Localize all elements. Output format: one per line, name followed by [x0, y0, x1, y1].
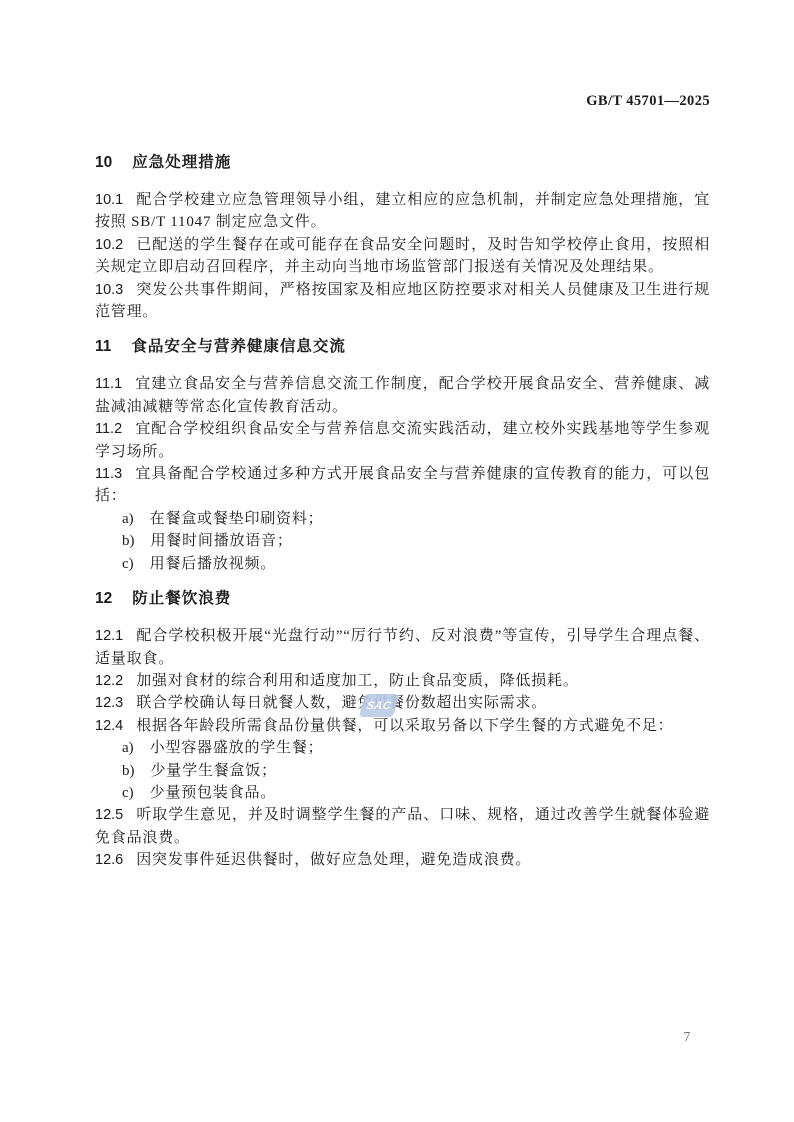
- item-text: 少量预包装食品。: [150, 785, 276, 801]
- clause-number: 12.6: [95, 852, 123, 868]
- clause-text: 宜具备配合学校通过多种方式开展食品安全与营养健康的宣传教育的能力，可以包括：: [95, 466, 710, 504]
- item-label: a): [122, 511, 134, 527]
- item-text: 少量学生餐盒饭；: [151, 763, 277, 779]
- item-label: b): [122, 533, 135, 549]
- clause-text: 已配送的学生餐存在或可能存在食品安全问题时，及时告知学校停止食用，按照相关规定立…: [95, 237, 710, 275]
- section-number: 10: [95, 154, 112, 171]
- clause-text: 突发公共事件期间，严格按国家及相应地区防控要求对相关人员健康及卫生进行规范管理。: [95, 282, 710, 320]
- section-number: 12: [95, 590, 112, 607]
- list-item: a)小型容器盛放的学生餐；: [95, 737, 710, 759]
- list-item: c)用餐后播放视频。: [95, 553, 710, 575]
- document-body: 10应急处理措施10.1配合学校建立应急管理领导小组，建立相应的应急机制，并制定…: [95, 153, 710, 872]
- clause-text: 根据各年龄段所需食品份量供餐，可以采取另备以下学生餐的方式避免不足：: [136, 718, 673, 734]
- list-item: a)在餐盒或餐垫印刷资料；: [95, 508, 710, 530]
- clause-number: 12.4: [95, 718, 123, 734]
- clause-text: 听取学生意见，并及时调整学生餐的产品、口味、规格，通过改善学生就餐体验避免食品浪…: [95, 807, 710, 845]
- clause-text: 联合学校确认每日就餐人数，避免供餐份数超出实际需求。: [136, 695, 547, 711]
- clause-number: 12.1: [95, 628, 123, 644]
- section-number: 11: [95, 338, 111, 355]
- clause: 12.3联合学校确认每日就餐人数，避免供餐份数超出实际需求。: [95, 692, 710, 714]
- standard-number: GB/T 45701—2025: [95, 93, 710, 109]
- section-title: 应急处理措施: [132, 154, 231, 171]
- section-heading: 12防止餐饮浪费: [95, 589, 710, 609]
- clause: 12.1配合学校积极开展“光盘行动”“厉行节约、反对浪费”等宣传，引导学生合理点…: [95, 625, 710, 670]
- clause: 12.6因突发事件延迟供餐时，做好应急处理，避免造成浪费。: [95, 849, 710, 871]
- clause: 12.4根据各年龄段所需食品份量供餐，可以采取另备以下学生餐的方式避免不足：: [95, 715, 710, 737]
- item-text: 用餐时间播放语音；: [151, 533, 293, 549]
- item-label: a): [122, 740, 134, 756]
- section-title: 食品安全与营养健康信息交流: [131, 338, 346, 355]
- section-title: 防止餐饮浪费: [132, 590, 231, 607]
- clause-number: 11.3: [95, 466, 122, 482]
- clause: 11.3宜具备配合学校通过多种方式开展食品安全与营养健康的宣传教育的能力，可以包…: [95, 463, 710, 508]
- section-heading: 10应急处理措施: [95, 153, 710, 173]
- clause-number: 10.2: [95, 237, 123, 253]
- clause-text: 宜配合学校组织食品安全与营养信息交流实践活动，建立校外实践基地等学生参观学习场所…: [95, 421, 710, 459]
- clause-number: 12.3: [95, 695, 123, 711]
- clause: 10.3突发公共事件期间，严格按国家及相应地区防控要求对相关人员健康及卫生进行规…: [95, 279, 710, 324]
- clause-text: 加强对食材的综合利用和适度加工，防止食品变质，降低损耗。: [136, 673, 578, 689]
- item-text: 用餐后播放视频。: [150, 556, 276, 572]
- clause-number: 12.5: [95, 807, 123, 823]
- clause-text: 因突发事件延迟供餐时，做好应急处理，避免造成浪费。: [136, 852, 531, 868]
- item-label: c): [122, 556, 134, 572]
- clause-text: 配合学校建立应急管理领导小组，建立相应的应急机制，并制定应急处理措施，宜按照 S…: [95, 192, 710, 230]
- clause-number: 12.2: [95, 673, 123, 689]
- clause-number: 11.2: [95, 421, 122, 437]
- sac-watermark: SAC: [359, 694, 399, 717]
- clause-number: 11.1: [95, 376, 122, 392]
- list-item: b)用餐时间播放语音；: [95, 530, 710, 552]
- clause-text: 宜建立食品安全与营养信息交流工作制度，配合学校开展食品安全、营养健康、减盐减油减…: [95, 376, 710, 414]
- clause: 10.1配合学校建立应急管理领导小组，建立相应的应急机制，并制定应急处理措施，宜…: [95, 189, 710, 234]
- list-item: b)少量学生餐盒饭；: [95, 760, 710, 782]
- section-heading: 11食品安全与营养健康信息交流: [95, 337, 710, 357]
- item-text: 小型容器盛放的学生餐；: [150, 740, 324, 756]
- clause: 12.5听取学生意见，并及时调整学生餐的产品、口味、规格，通过改善学生就餐体验避…: [95, 804, 710, 849]
- item-label: c): [122, 785, 134, 801]
- clause: 10.2已配送的学生餐存在或可能存在食品安全问题时，及时告知学校停止食用，按照相…: [95, 234, 710, 279]
- page-number: 7: [676, 1029, 698, 1045]
- clause-number: 10.3: [95, 282, 123, 298]
- item-text: 在餐盒或餐垫印刷资料；: [150, 511, 324, 527]
- clause: 11.1宜建立食品安全与营养信息交流工作制度，配合学校开展食品安全、营养健康、减…: [95, 373, 710, 418]
- clause: 12.2加强对食材的综合利用和适度加工，防止食品变质，降低损耗。: [95, 670, 710, 692]
- list-item: c)少量预包装食品。: [95, 782, 710, 804]
- item-label: b): [122, 763, 135, 779]
- document-page: GB/T 45701—2025 10应急处理措施10.1配合学校建立应急管理领导…: [0, 0, 794, 1122]
- clause: 11.2宜配合学校组织食品安全与营养信息交流实践活动，建立校外实践基地等学生参观…: [95, 418, 710, 463]
- clause-text: 配合学校积极开展“光盘行动”“厉行节约、反对浪费”等宣传，引导学生合理点餐、适量…: [95, 628, 710, 666]
- clause-number: 10.1: [95, 192, 123, 208]
